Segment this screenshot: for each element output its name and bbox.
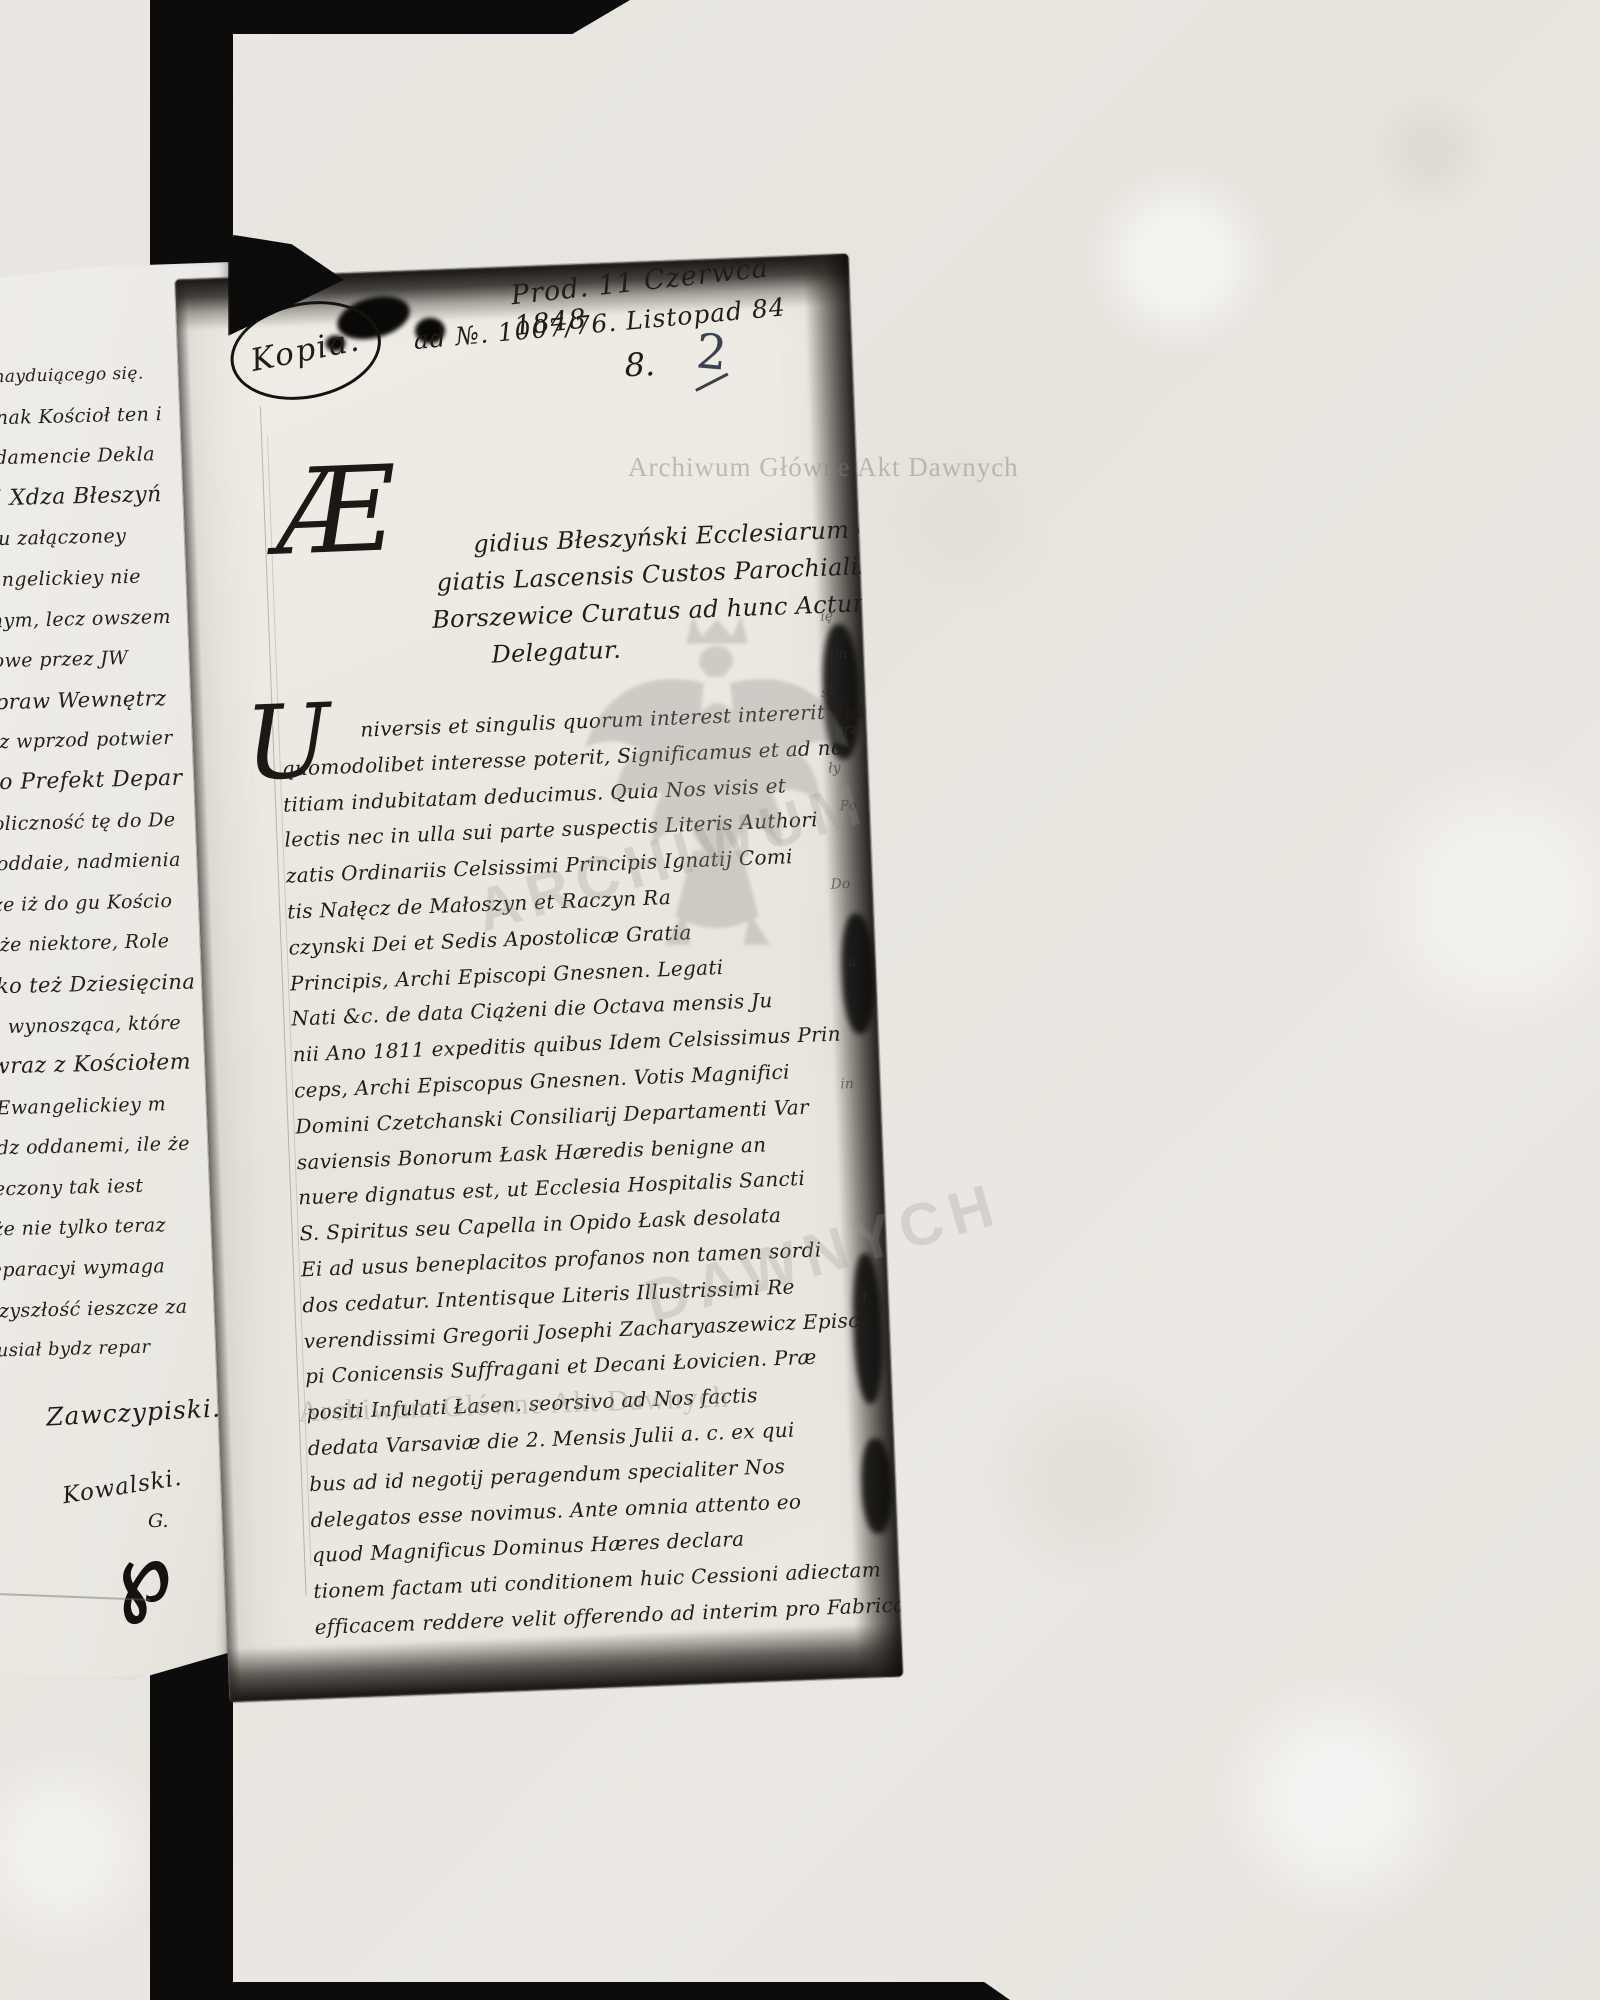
margin-fragment: in xyxy=(840,1076,854,1093)
left-page-line: szcze iż do gu Kościo xyxy=(0,879,231,927)
margin-fragment: urz xyxy=(834,722,858,739)
left-page-line: ie Ewangelickiey m xyxy=(0,1081,231,1129)
left-page-line: ny że nie tylko teraz xyxy=(0,1203,231,1251)
main-page: Kopia. Prod. 11 Czerwca 1848 ad №. 1007/… xyxy=(175,254,903,1703)
margin-fragment: ły xyxy=(828,760,841,776)
film-edge-top-bar xyxy=(150,0,630,34)
left-page-line: ako też Dziesięcina xyxy=(0,960,231,1007)
left-page-line: 98. wynosząca, które xyxy=(0,1000,231,1048)
margin-fragment: ył xyxy=(854,1290,867,1306)
archival-scan-photo: znayduiącego się.iednak Kościoł ten iFun… xyxy=(0,0,1600,2000)
margin-fragment: ia xyxy=(843,954,856,970)
left-page-line: ie musiał bydz repar xyxy=(0,1325,231,1373)
margin-fragment: im xyxy=(829,646,847,663)
left-page-line: bydz oddanemi, ile że xyxy=(0,1122,231,1170)
folio-number-pencil: 2 xyxy=(694,323,735,385)
margin-fragment: Po xyxy=(839,798,857,815)
left-page-line: także niektore, Role xyxy=(0,919,231,967)
left-page-line: przyszłość ieszcze za xyxy=(0,1284,231,1332)
margin-fragment: Do xyxy=(830,876,850,893)
heading-initial-letter: Æ xyxy=(273,439,396,581)
film-edge-bottom-bar xyxy=(150,1982,1010,2000)
body-text-block: niversis et singulis quorum interest int… xyxy=(280,693,903,1646)
signature-flourish: ℘ xyxy=(101,1521,180,1628)
left-page-line: wraz z Kościołem xyxy=(0,1041,231,1088)
left-page-signature: Kowalski. xyxy=(61,1465,184,1510)
folio-number-ink: 8. xyxy=(624,345,656,384)
left-page-line: rzeczony tak iest xyxy=(0,1163,231,1211)
left-page-line: Reparacyi wymaga xyxy=(0,1244,231,1292)
left-page-closing: Zawczypiski. xyxy=(45,1393,221,1431)
margin-fragment: ię xyxy=(820,608,833,624)
margin-fragment: sk xyxy=(821,684,837,701)
